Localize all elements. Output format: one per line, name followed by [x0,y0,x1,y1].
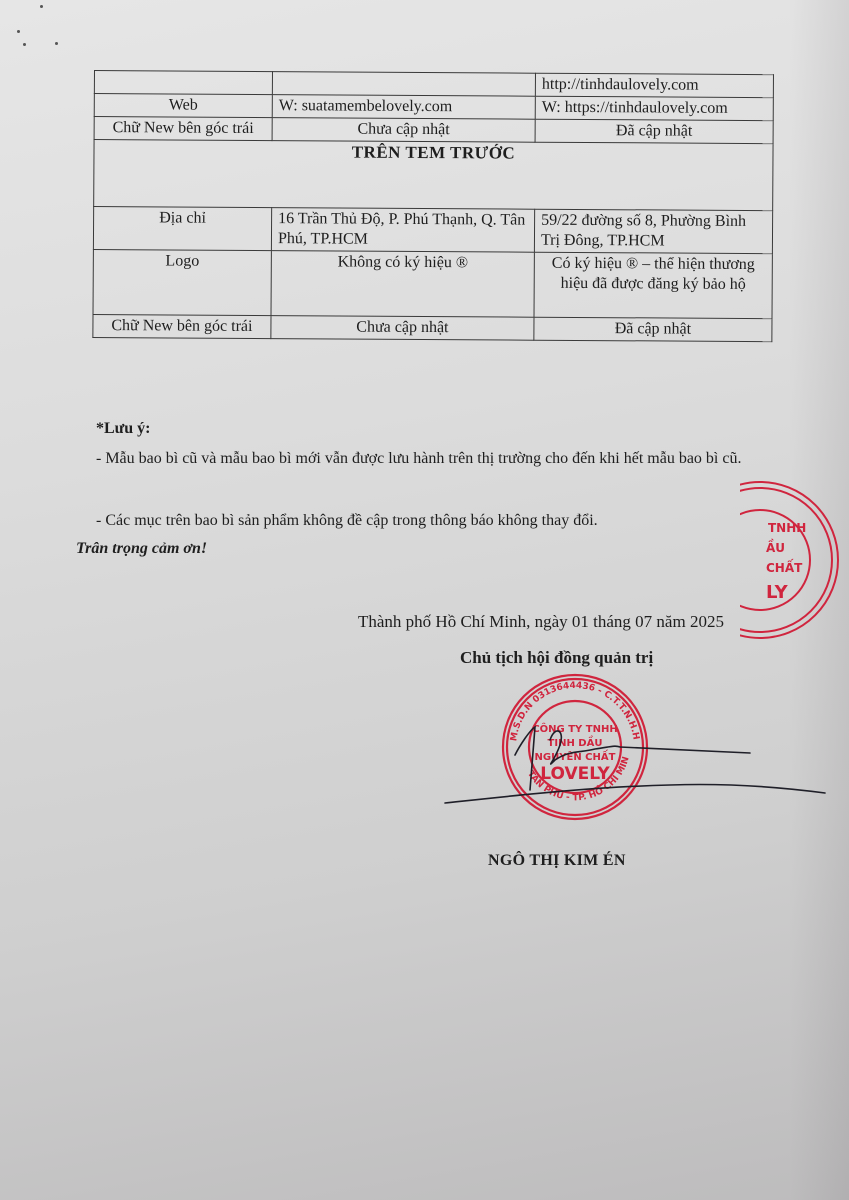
note-item: - Mẫu bao bì cũ và mẫu bao bì mới vẫn đư… [96,448,786,470]
svg-text:ẦU: ẦU [766,538,785,555]
notes-section: *Lưu ý: - Mẫu bao bì cũ và mẫu bao bì mớ… [82,418,782,440]
svg-text:CHẤT: CHẤT [766,558,803,575]
row-label: Logo [93,249,271,315]
old-value: W: suatamembelovely.com [272,95,535,120]
old-value: Chưa cập nhật [271,316,534,341]
old-value: Chưa cập nhật [272,118,535,143]
new-value: 59/22 đường số 8, Phường Bình Trị Đông, … [534,209,772,253]
new-value: http://tinhdaulovely.com [535,73,773,97]
packaging-comparison-table: http://tinhdaulovely.com Web W: suatamem… [92,70,774,342]
new-value: Đã cập nhật [535,119,773,143]
new-value: W: https://tinhdaulovely.com [535,96,773,120]
notes-title: *Lưu ý: [96,418,782,440]
partial-stamp: TNHH ẦU CHẤT LY [740,470,849,640]
row-label: Web [94,94,272,118]
old-value: Không có ký hiệu ® [271,251,534,318]
signer-role: Chủ tịch hội đồng quản trị [460,648,653,668]
new-value: Có ký hiệu ® – thể hiện thương hiệu đã đ… [534,252,772,318]
old-value [272,72,535,97]
row-label: Chữ New bên góc trái [93,314,271,338]
svg-text:LY: LY [766,582,789,603]
old-value: 16 Trần Thủ Độ, P. Phú Thạnh, Q. Tân Phú… [271,208,534,253]
handwritten-signature [440,715,830,815]
paper-specks [5,5,65,65]
new-value: Đã cập nhật [534,317,772,341]
section-heading: TRÊN TEM TRƯỚC [94,140,773,211]
row-label: Chữ New bên góc trái [94,117,272,141]
table-row: Địa chỉ 16 Trần Thủ Độ, P. Phú Thạnh, Q.… [93,207,772,254]
table-row: Chữ New bên góc trái Chưa cập nhật Đã cậ… [93,314,772,341]
row-label [94,71,272,95]
closing-text: Trân trọng cảm ơn! [76,540,207,558]
date-line: Thành phố Hồ Chí Minh, ngày 01 tháng 07 … [358,612,724,632]
row-label: Địa chỉ [93,207,271,251]
svg-text:TNHH: TNHH [768,521,806,535]
table-section-row: TRÊN TEM TRƯỚC [94,140,773,211]
signer-name: NGÔ THỊ KIM ÉN [488,852,626,870]
table-row: Logo Không có ký hiệu ® Có ký hiệu ® – t… [93,249,772,318]
note-item: - Các mục trên bao bì sản phẩm không đề … [96,510,786,532]
document-page: http://tinhdaulovely.com Web W: suatamem… [0,0,849,1200]
